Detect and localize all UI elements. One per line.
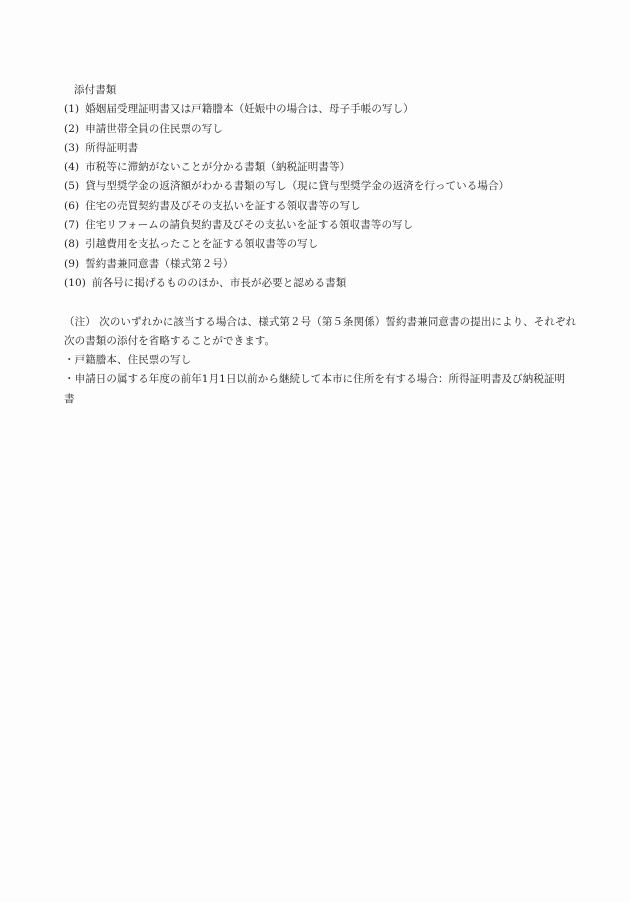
item-number: (3) [64,139,79,158]
blank-line-spacer [64,293,584,312]
item-text: 貸与型奨学金の返済額がわかる書類の写し（現に貸与型奨学金の返済を行っている場合） [85,180,509,192]
document-heading: 添付書類 [64,81,584,100]
document-page: 添付書類 (1)婚姻届受理証明書又は戸籍謄本（妊娠中の場合は、母子手帳の写し） … [0,0,630,903]
attachment-item: (6)住宅の売買契約書及びその支払いを証する領収書等の写し [64,197,584,216]
attachment-item: (2)申請世帯全員の住民票の写し [64,120,584,139]
item-text: 所得証明書 [85,142,138,154]
attachment-item: (7)住宅リフォームの請負契約書及びその支払いを証する領収書等の写し [64,216,584,235]
item-text: 住宅の売買契約書及びその支払いを証する領収書等の写し [85,200,361,212]
item-number: (6) [64,197,79,216]
item-number: (1) [64,100,79,119]
item-number: (4) [64,158,79,177]
item-text: 前各号に掲げるもののほか、市長が必要と認める書類 [92,277,346,289]
item-text: 誓約書兼同意書（様式第２号） [85,258,233,270]
item-text: 引越費用を支払ったことを証する領収書等の写し [85,238,318,250]
attachment-item: (9)誓約書兼同意書（様式第２号） [64,255,584,274]
attachment-item: (8)引越費用を支払ったことを証する領収書等の写し [64,235,584,254]
item-text: 婚姻届受理証明書又は戸籍謄本（妊娠中の場合は、母子手帳の写し） [85,103,414,115]
item-number: (2) [64,120,79,139]
attachment-item: (1)婚姻届受理証明書又は戸籍謄本（妊娠中の場合は、母子手帳の写し） [64,100,584,119]
note-line: 次の書類の添付を省略することができます。 [64,332,584,351]
note-bullet-line: ・戸籍謄本、住民票の写し [64,351,584,370]
item-number: (10) [64,274,86,293]
attachment-item: (10)前各号に掲げるもののほか、市長が必要と認める書類 [64,274,584,293]
note-bullet-line: ・申請日の属する年度の前年1月1日以前から継続して本市に住所を有する場合：所得証… [64,370,584,389]
note-wrap-line: 書 [64,390,584,409]
item-text: 住宅リフォームの請負契約書及びその支払いを証する領収書等の写し [85,219,413,231]
note-line: （注） 次のいずれかに該当する場合は、様式第２号（第５条関係）誓約書兼同意書の提… [64,313,584,332]
item-text: 申請世帯全員の住民票の写し [85,123,223,135]
item-text: 市税等に滞納がないことが分かる書類（納税証明書等） [85,161,350,173]
item-number: (7) [64,216,79,235]
item-number: (5) [64,177,79,196]
attachment-item: (5)貸与型奨学金の返済額がわかる書類の写し（現に貸与型奨学金の返済を行っている… [64,177,584,196]
attachment-item: (3)所得証明書 [64,139,584,158]
document-content: 添付書類 (1)婚姻届受理証明書又は戸籍謄本（妊娠中の場合は、母子手帳の写し） … [64,81,584,409]
item-number: (8) [64,235,79,254]
item-number: (9) [64,255,79,274]
attachment-item: (4)市税等に滞納がないことが分かる書類（納税証明書等） [64,158,584,177]
